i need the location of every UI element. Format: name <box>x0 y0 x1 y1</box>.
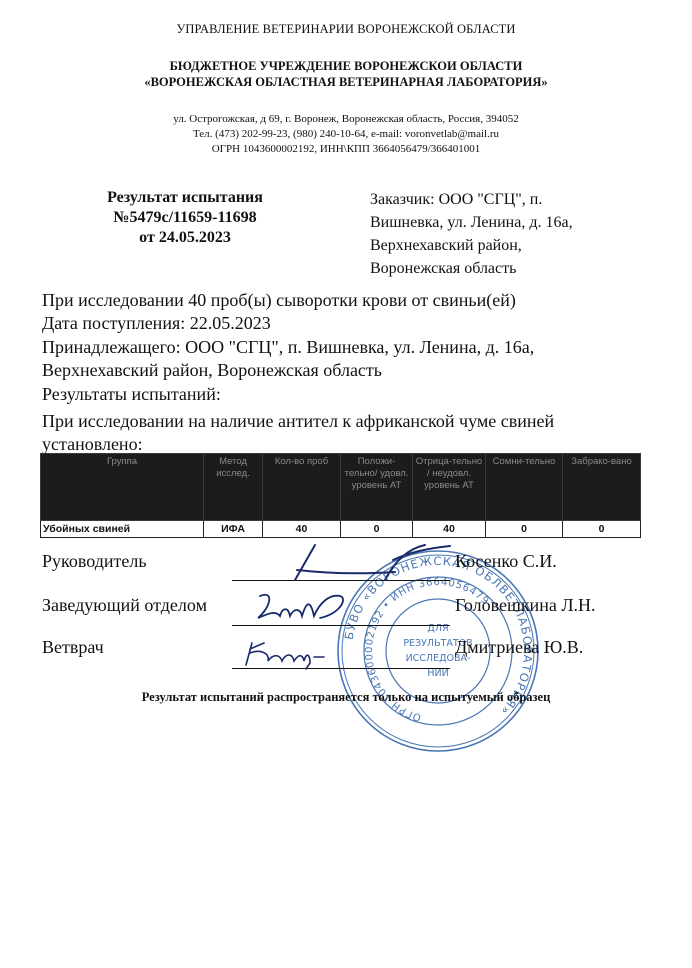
table-cell: Убойных свиней <box>41 521 204 538</box>
address: ул. Острогожская, д 69, г. Воронеж, Воро… <box>0 112 692 127</box>
signature-name: Косенко С.И. <box>455 551 557 572</box>
table-cell: 0 <box>563 521 641 538</box>
column-header: Группа <box>41 454 204 521</box>
result-title-block: Результат испытания №5479с/11659-11698 о… <box>60 188 310 248</box>
table-cell: 0 <box>486 521 563 538</box>
contacts: Тел. (473) 202-99-23, (980) 240-10-64, e… <box>0 127 692 142</box>
customer-line: Вишневка, ул. Ленина, д. 16а, <box>370 211 650 234</box>
table-cell: 40 <box>413 521 486 538</box>
institution-line-1: БЮДЖЕТНОЕ УЧРЕЖДЕНИЕ ВОРОНЕЖСКОИ ОБЛАСТИ <box>0 58 692 74</box>
table-cell: 0 <box>341 521 413 538</box>
body-text: При исследовании 40 проб(ы) сыворотки кр… <box>42 289 662 457</box>
column-header: Положи-тельно/ удовл. уровень АТ <box>341 454 413 521</box>
results-table: Группа Метод исслед. Кол-во проб Положи-… <box>40 453 641 538</box>
column-header: Отрица-тельно / неудовл. уровень АТ <box>413 454 486 521</box>
signature-handwritten <box>255 540 455 585</box>
institution-contacts: ул. Острогожская, д 69, г. Воронеж, Воро… <box>0 112 692 157</box>
registration: ОГРН 1043600002192, ИНН\КПП 3664056479/3… <box>0 142 692 157</box>
table-cell: ИФА <box>204 521 263 538</box>
signature-name: Дмитриева Ю.В. <box>455 637 583 658</box>
result-date: от 24.05.2023 <box>60 228 310 248</box>
authority-header: УПРАВЛЕНИЕ ВЕТЕРИНАРИИ ВОРОНЕЖСКОЙ ОБЛАС… <box>0 22 692 37</box>
footer-note: Результат испытаний распространяется тол… <box>0 690 692 705</box>
table-header-row: Группа Метод исслед. Кол-во проб Положи-… <box>41 454 641 521</box>
signature-role: Ветврач <box>42 637 104 658</box>
body-line: Верхнехавский район, Воронежская область <box>42 359 662 382</box>
signature-name: Головешкина Л.Н. <box>455 595 596 616</box>
customer-line: Заказчик: ООО "СГЦ", п. <box>370 188 650 211</box>
signature-role: Руководитель <box>42 551 147 572</box>
body-line: Принадлежащего: ООО "СГЦ", п. Вишневка, … <box>42 336 662 359</box>
institution-name: БЮДЖЕТНОЕ УЧРЕЖДЕНИЕ ВОРОНЕЖСКОИ ОБЛАСТИ… <box>0 58 692 90</box>
stamp-center-line: НИИ <box>427 668 448 679</box>
result-title: Результат испытания <box>60 188 310 208</box>
table-cell: 40 <box>263 521 341 538</box>
column-header: Кол-во проб <box>263 454 341 521</box>
body-line: Результаты испытаний: <box>42 383 662 406</box>
body-line: При исследовании на наличие антител к аф… <box>42 410 662 433</box>
customer-line: Воронежская область <box>370 257 650 280</box>
result-number: №5479с/11659-11698 <box>60 208 310 228</box>
signature-handwritten <box>240 588 360 628</box>
body-line: Дата поступления: 22.05.2023 <box>42 312 662 335</box>
customer-block: Заказчик: ООО "СГЦ", п. Вишневка, ул. Ле… <box>370 188 650 280</box>
column-header: Метод исслед. <box>204 454 263 521</box>
institution-line-2: «ВОРОНЕЖСКАЯ ОБЛАСТНАЯ ВЕТЕРИНАРНАЯ ЛАБО… <box>0 74 692 90</box>
customer-line: Верхнехавский район, <box>370 234 650 257</box>
column-header: Забрако-вано <box>563 454 641 521</box>
column-header: Сомни-тельно <box>486 454 563 521</box>
body-line: При исследовании 40 проб(ы) сыворотки кр… <box>42 289 662 312</box>
table-row: Убойных свиней ИФА 40 0 40 0 0 <box>41 521 641 538</box>
signature-handwritten <box>240 635 340 670</box>
signature-role: Заведующий отделом <box>42 595 207 616</box>
